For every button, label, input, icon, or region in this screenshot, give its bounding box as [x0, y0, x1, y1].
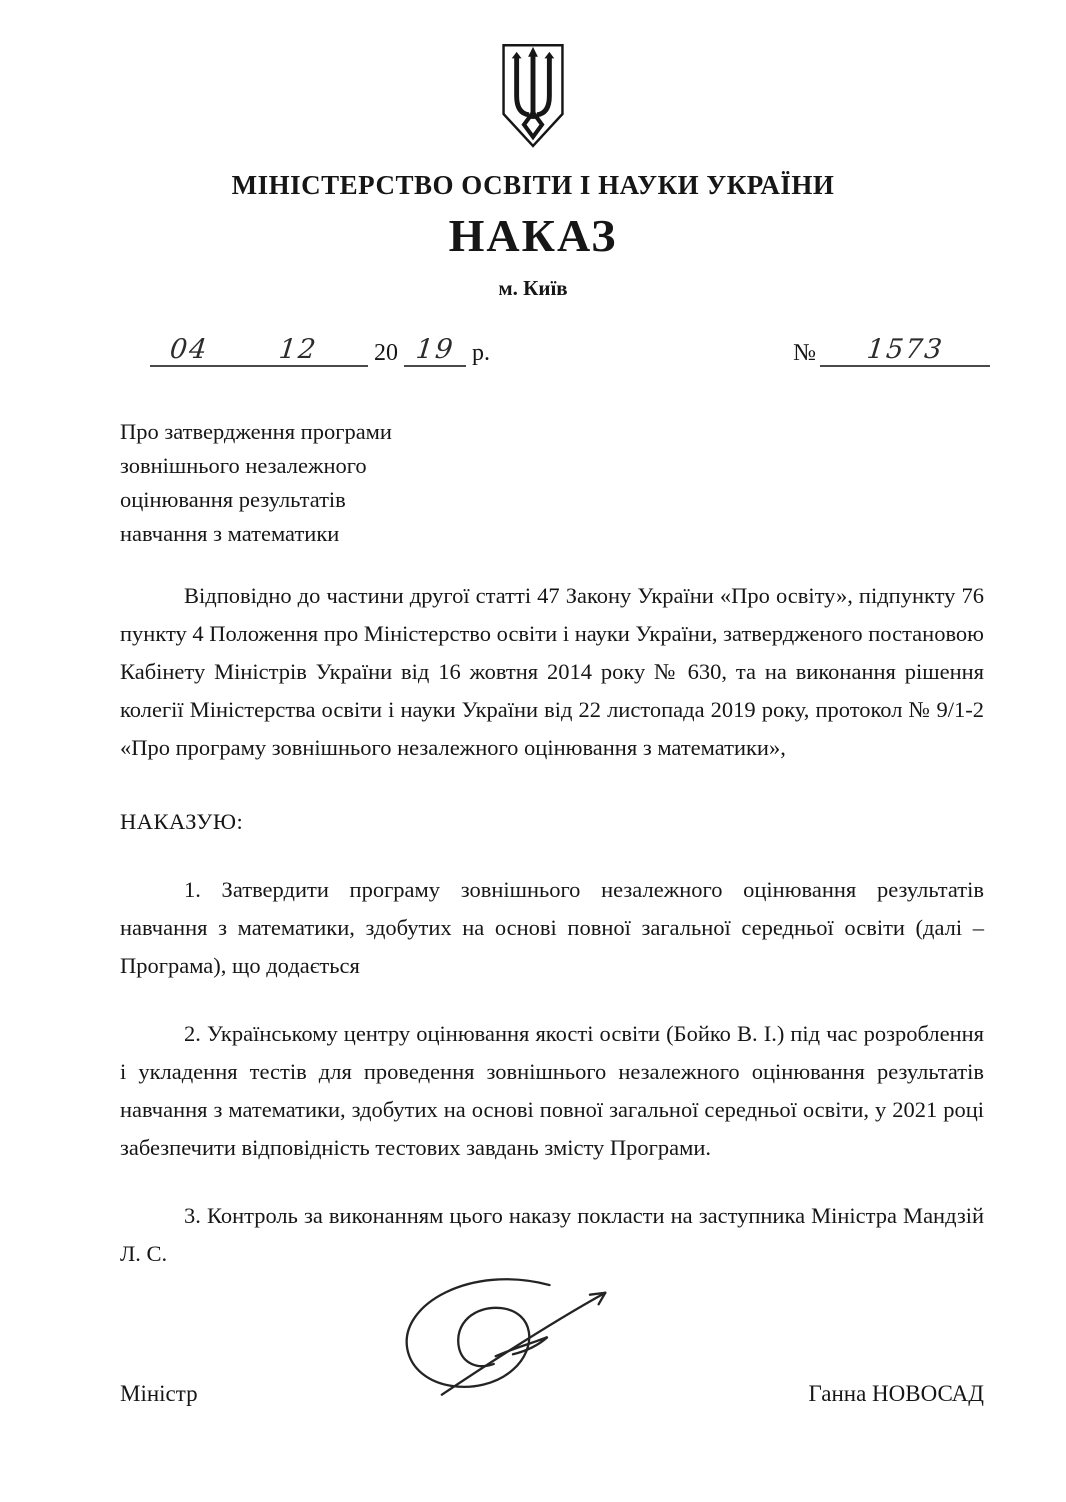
- signer-name: Ганна НОВОСАД: [809, 1381, 984, 1407]
- date-year-blank: 19: [404, 335, 466, 367]
- order-item-2: 2. Українському центру оцінювання якості…: [120, 1015, 984, 1167]
- number-label: №: [793, 340, 820, 367]
- date-fields: 04 12 20 19 р.: [150, 335, 496, 367]
- number-blank: 1573: [820, 335, 990, 367]
- subject-line: зовнішнього незалежного: [120, 449, 540, 483]
- subject-block: Про затвердження програми зовнішнього не…: [120, 415, 540, 551]
- date-number-row: 04 12 20 19 р. № 1573: [150, 335, 990, 367]
- handwritten-signature-icon: [388, 1269, 638, 1410]
- document-type-title: НАКАЗ: [0, 209, 1066, 262]
- document-page: МІНІСТЕРСТВО ОСВІТИ І НАУКИ УКРАЇНИ НАКА…: [0, 0, 1066, 1502]
- date-month-blank: 12: [228, 335, 368, 367]
- subject-line: оцінювання результатів: [120, 483, 540, 517]
- number-value: 1573: [865, 335, 945, 365]
- signer-title: Міністр: [120, 1381, 198, 1407]
- date-year-value: 19: [414, 335, 455, 365]
- date-month-value: 12: [277, 335, 318, 365]
- date-day-value: 04: [168, 335, 209, 365]
- number-field: № 1573: [793, 335, 990, 367]
- signature-row: Міністр Ганна НОВОСАД: [120, 1381, 984, 1407]
- ukraine-trident-icon: [492, 42, 574, 150]
- order-item-1: 1. Затвердити програму зовнішнього незал…: [120, 871, 984, 985]
- subject-line: навчання з математики: [120, 517, 540, 551]
- subject-line: Про затвердження програми: [120, 415, 540, 449]
- ministry-title: МІНІСТЕРСТВО ОСВІТИ І НАУКИ УКРАЇНИ: [0, 170, 1066, 201]
- emblem-container: [0, 0, 1066, 150]
- preamble-paragraph: Відповідно до частини другої статті 47 З…: [120, 577, 984, 767]
- city-line: м. Київ: [0, 276, 1066, 301]
- year-prefix: 20: [368, 340, 404, 367]
- year-suffix: р.: [466, 340, 496, 367]
- date-day-blank: 04: [150, 335, 228, 367]
- order-item-3: 3. Контроль за виконанням цього наказу п…: [120, 1197, 984, 1273]
- order-word: НАКАЗУЮ:: [120, 809, 1066, 835]
